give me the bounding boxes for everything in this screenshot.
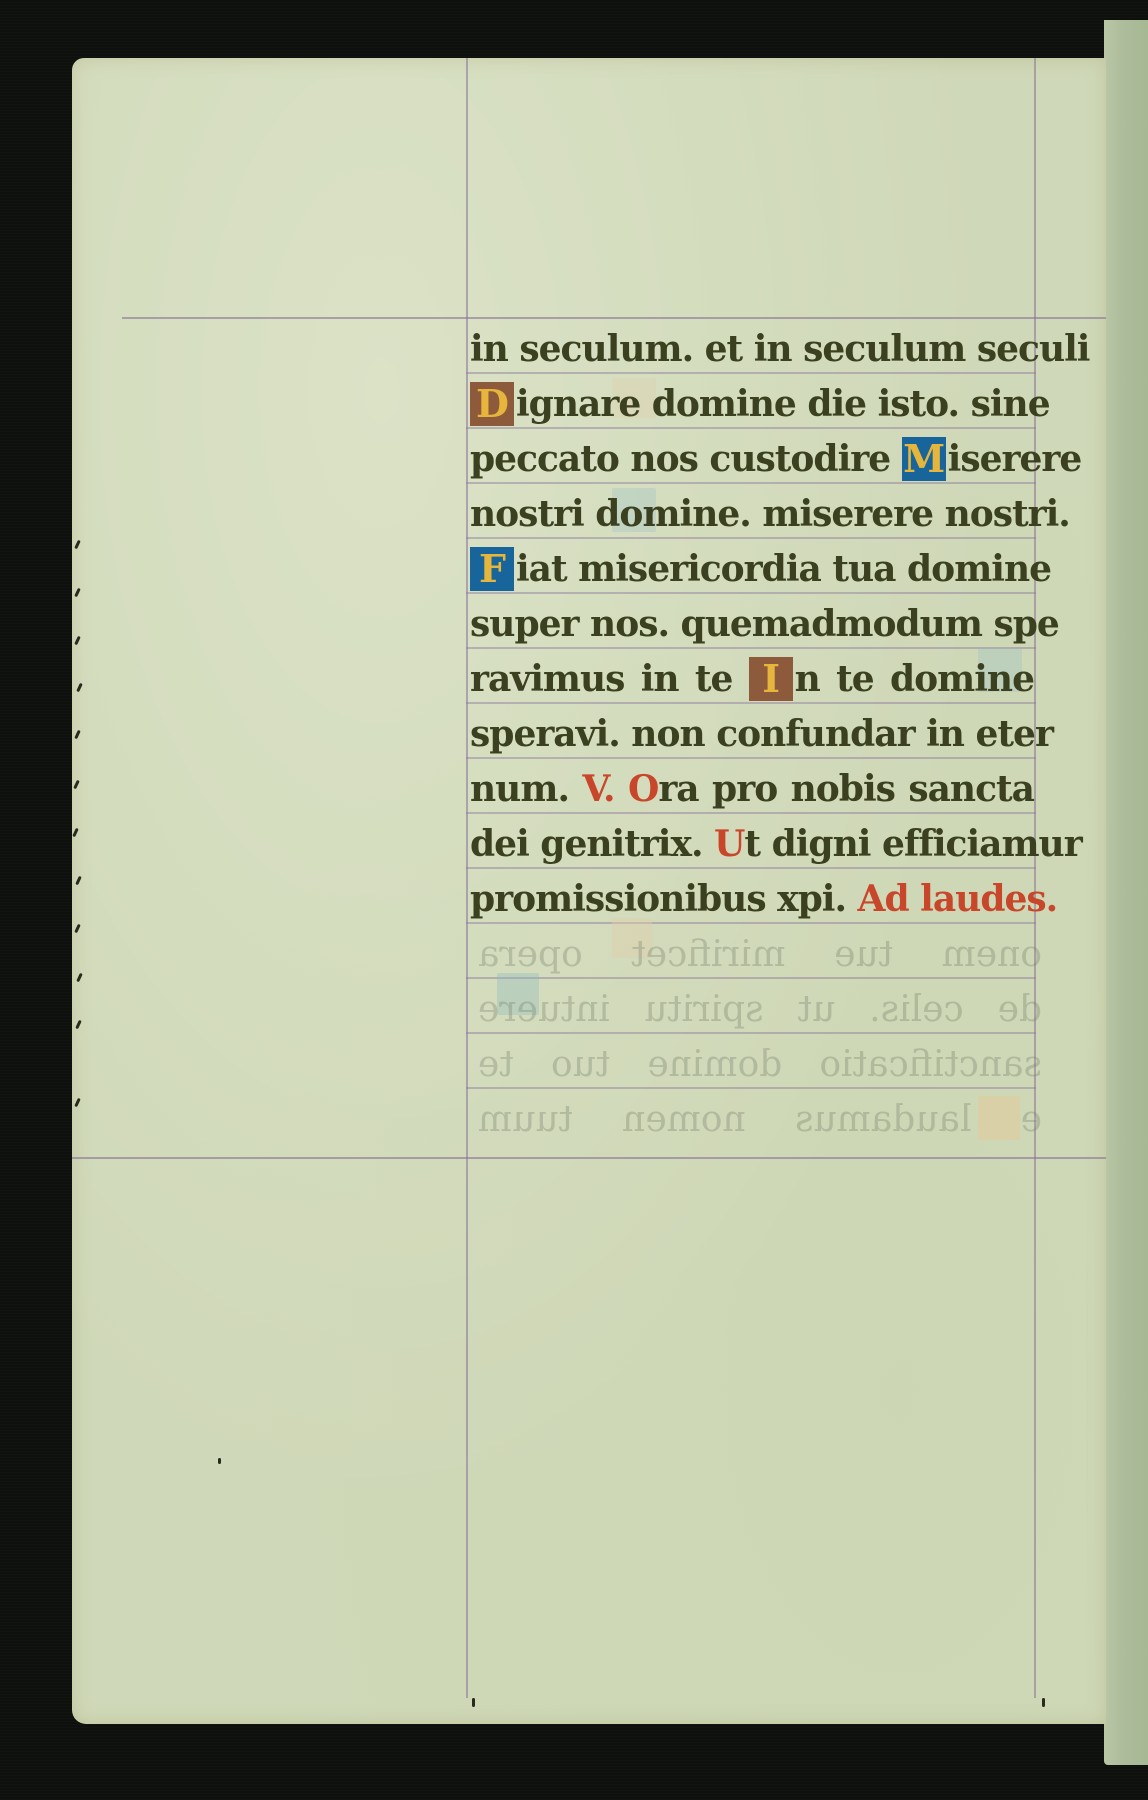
text-line-2: Dignare domine die isto. sine: [470, 377, 1042, 432]
line-text: ra pro nobis sancta: [658, 768, 1034, 810]
bleed-through-line: sanctificatio domine tuo te: [470, 1037, 1042, 1092]
pricking-mark: [74, 1098, 81, 1107]
rubric-initial-u: U: [714, 823, 744, 865]
text-line-3: peccato nos custodire Miserere: [470, 432, 1042, 487]
bleed-through-text: de celis. ut spiritu intuere: [478, 989, 1042, 1030]
decorated-initial-d: D: [470, 382, 514, 426]
adjacent-leaf-edge: [1104, 20, 1148, 1765]
bleed-through-text: sanctificatio domine tuo te: [478, 1044, 1042, 1085]
line-text: dei genitrix.: [470, 823, 714, 865]
text-line-5: Fiat misericordia tua domine: [470, 542, 1042, 597]
pricking-mark: [74, 636, 81, 645]
line-text: nostri domine. miserere nostri.: [470, 493, 1070, 535]
decorated-initial-i: I: [749, 657, 793, 701]
pricking-mark: [73, 780, 80, 789]
text-line-10: dei genitrix. Ut digni efficiamur: [470, 817, 1042, 872]
line-text: promissionibus xpi.: [470, 878, 858, 920]
pricking-mark: [472, 1698, 475, 1707]
line-text: num.: [470, 768, 582, 810]
bleed-through-text: e laudamus nomen tuum: [478, 1099, 1042, 1140]
ruling-horizontal-top: [122, 317, 1106, 319]
pricking-mark: [74, 730, 81, 739]
bleed-through-text: onem tue mirificet opera: [478, 934, 1042, 975]
text-column: in seculum. et in seculum seculi Dignare…: [470, 322, 1042, 1147]
text-line-11: promissionibus xpi. Ad laudes.: [470, 872, 1042, 927]
line-text: peccato nos custodire: [470, 438, 902, 480]
line-text: ravimus in te: [470, 658, 749, 700]
bleed-through-line: de celis. ut spiritu intuere: [470, 982, 1042, 1037]
line-text: super nos. quemadmodum spe: [470, 603, 1059, 645]
pricking-mark: [74, 924, 81, 933]
line-text: n te domine: [795, 658, 1034, 700]
pricking-mark: [74, 588, 81, 597]
text-line-8: speravi. non confundar in eter: [470, 707, 1042, 762]
pricking-mark: [75, 876, 82, 885]
text-line-7: ravimus in te In te domine: [470, 652, 1042, 707]
pricking-mark: [75, 1020, 82, 1029]
line-text: t digni efficiamur: [744, 823, 1081, 865]
ruling-horizontal-bottom: [72, 1157, 1106, 1159]
line-text: iat misericordia tua domine: [516, 548, 1051, 590]
text-line-9: num. V. Ora pro nobis sancta: [470, 762, 1042, 817]
pricking-mark: [76, 683, 83, 692]
pricking-mark: [218, 1458, 221, 1464]
pricking-mark: [74, 540, 81, 549]
bleed-through-line: onem tue mirificet opera: [470, 927, 1042, 982]
text-line-6: super nos. quemadmodum spe: [470, 597, 1042, 652]
rubric-versicle: V. O: [582, 768, 658, 810]
rubric-ad-laudes: Ad laudes.: [858, 878, 1058, 920]
pricking-mark: [1042, 1698, 1045, 1707]
pricking-mark: [72, 828, 79, 837]
text-line-4: nostri domine. miserere nostri.: [470, 487, 1042, 542]
ruling-vertical-left: [466, 58, 468, 1698]
bleed-through-line: e laudamus nomen tuum: [470, 1092, 1042, 1147]
text-line-1: in seculum. et in seculum seculi: [470, 322, 1042, 377]
decorated-initial-f: F: [470, 547, 514, 591]
decorated-initial-m: M: [902, 437, 946, 481]
line-text: ignare domine die isto. sine: [516, 383, 1050, 425]
line-text: speravi. non confundar in eter: [470, 713, 1053, 755]
line-text: in seculum. et in seculum seculi: [470, 328, 1089, 370]
pricking-mark: [76, 973, 83, 982]
line-text: iserere: [948, 438, 1082, 480]
